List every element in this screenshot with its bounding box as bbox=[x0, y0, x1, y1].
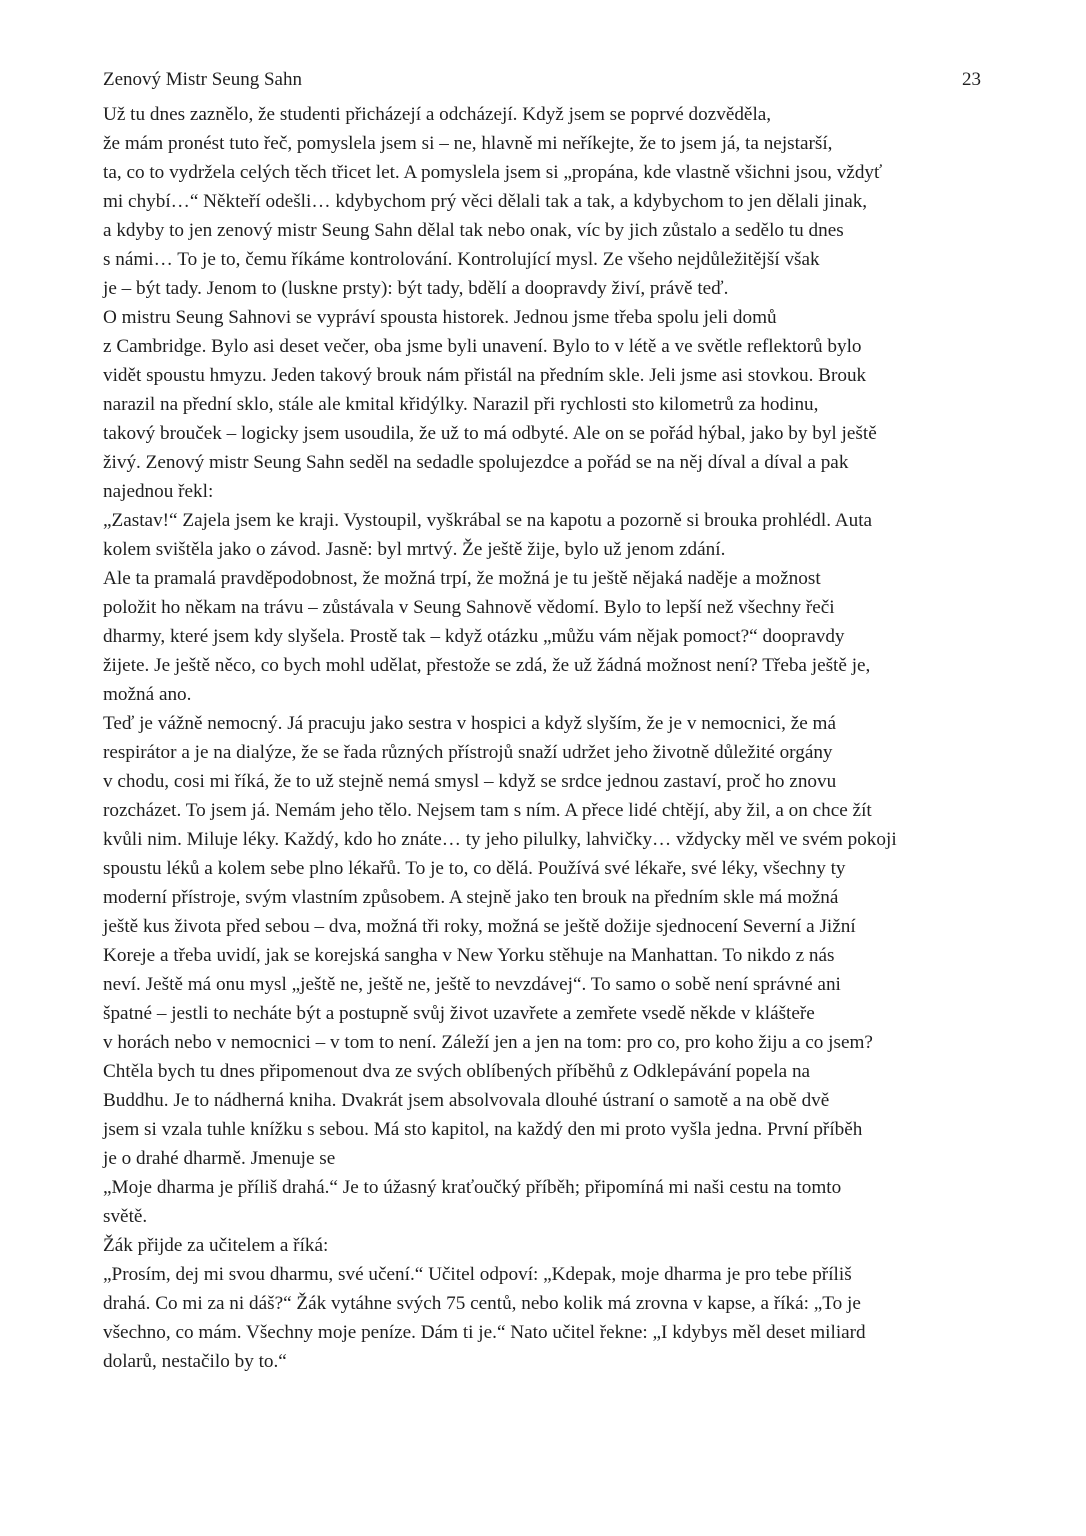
text-line: z Cambridge. Bylo asi deset večer, oba j… bbox=[103, 332, 981, 361]
text-line: je – být tady. Jenom to (luskne prsty): … bbox=[103, 274, 981, 303]
text-line: Chtěla bych tu dnes připomenout dva ze s… bbox=[103, 1057, 981, 1086]
text-line: všechno, co mám. Všechny moje peníze. Dá… bbox=[103, 1318, 981, 1347]
text-line: Žák přijde za učitelem a říká: bbox=[103, 1231, 981, 1260]
text-line: dharmy, které jsem kdy slyšela. Prostě t… bbox=[103, 622, 981, 651]
text-line: v horách nebo v nemocnici – v tom to nen… bbox=[103, 1028, 981, 1057]
text-line: položit ho někam na trávu – zůstávala v … bbox=[103, 593, 981, 622]
text-line: vidět spoustu hmyzu. Jeden takový brouk … bbox=[103, 361, 981, 390]
text-line: světě. bbox=[103, 1202, 981, 1231]
text-line: kvůli nim. Miluje léky. Každý, kdo ho zn… bbox=[103, 825, 981, 854]
body-text: Už tu dnes zaznělo, že studenti přicháze… bbox=[103, 100, 981, 1376]
text-line: Teď je vážně nemocný. Já pracuju jako se… bbox=[103, 709, 981, 738]
text-line: špatné – jestli to necháte být a postupn… bbox=[103, 999, 981, 1028]
text-line: a kdyby to jen zenový mistr Seung Sahn d… bbox=[103, 216, 981, 245]
text-line: „Zastav!“ Zajela jsem ke kraji. Vystoupi… bbox=[103, 506, 981, 535]
text-line: že mám pronést tuto řeč, pomyslela jsem … bbox=[103, 129, 981, 158]
text-line: Ale ta pramalá pravděpodobnost, že možná… bbox=[103, 564, 981, 593]
text-line: drahá. Co mi za ni dáš?“ Žák vytáhne svý… bbox=[103, 1289, 981, 1318]
text-line: jsem si vzala tuhle knížku s sebou. Má s… bbox=[103, 1115, 981, 1144]
text-line: kolem svištěla jako o závod. Jasně: byl … bbox=[103, 535, 981, 564]
text-line: neví. Ještě má onu mysl „ještě ne, ještě… bbox=[103, 970, 981, 999]
text-line: Buddhu. Je to nádherná kniha. Dvakrát js… bbox=[103, 1086, 981, 1115]
text-line: možná ano. bbox=[103, 680, 981, 709]
text-line: respirátor a je na dialýze, že se řada r… bbox=[103, 738, 981, 767]
text-line: mi chybí…“ Někteří odešli… kdybychom prý… bbox=[103, 187, 981, 216]
text-line: moderní přístroje, svým vlastním způsobe… bbox=[103, 883, 981, 912]
text-line: „Moje dharma je příliš drahá.“ Je to úža… bbox=[103, 1173, 981, 1202]
text-line: ještě kus života před sebou – dva, možná… bbox=[103, 912, 981, 941]
running-title: Zenový Mistr Seung Sahn bbox=[103, 64, 302, 96]
text-line: je o drahé dharmě. Jmenuje se bbox=[103, 1144, 981, 1173]
text-line: rozcházet. To jsem já. Nemám jeho tělo. … bbox=[103, 796, 981, 825]
text-line: takový brouček – logicky jsem usoudila, … bbox=[103, 419, 981, 448]
text-line: v chodu, cosi mi říká, že to už stejně n… bbox=[103, 767, 981, 796]
text-line: žijete. Je ještě něco, co bych mohl uděl… bbox=[103, 651, 981, 680]
text-line: živý. Zenový mistr Seung Sahn seděl na s… bbox=[103, 448, 981, 477]
text-line: s námi… To je to, čemu říkáme kontrolová… bbox=[103, 245, 981, 274]
text-line: spoustu léků a kolem sebe plno lékařů. T… bbox=[103, 854, 981, 883]
text-line: dolarů, nestačilo by to.“ bbox=[103, 1347, 981, 1376]
text-line: Koreje a třeba uvidí, jak se korejská sa… bbox=[103, 941, 981, 970]
page-number: 23 bbox=[962, 64, 981, 96]
page-header: Zenový Mistr Seung Sahn 23 bbox=[103, 64, 981, 96]
text-line: narazil na přední sklo, stále ale kmital… bbox=[103, 390, 981, 419]
text-line: „Prosím, dej mi svou dharmu, své učení.“… bbox=[103, 1260, 981, 1289]
text-line: najednou řekl: bbox=[103, 477, 981, 506]
text-line: ta, co to vydržela celých těch třicet le… bbox=[103, 158, 981, 187]
text-line: O mistru Seung Sahnovi se vypráví spoust… bbox=[103, 303, 981, 332]
text-line: Už tu dnes zaznělo, že studenti přicháze… bbox=[103, 100, 981, 129]
document-page: Zenový Mistr Seung Sahn 23 Už tu dnes za… bbox=[103, 64, 981, 1376]
